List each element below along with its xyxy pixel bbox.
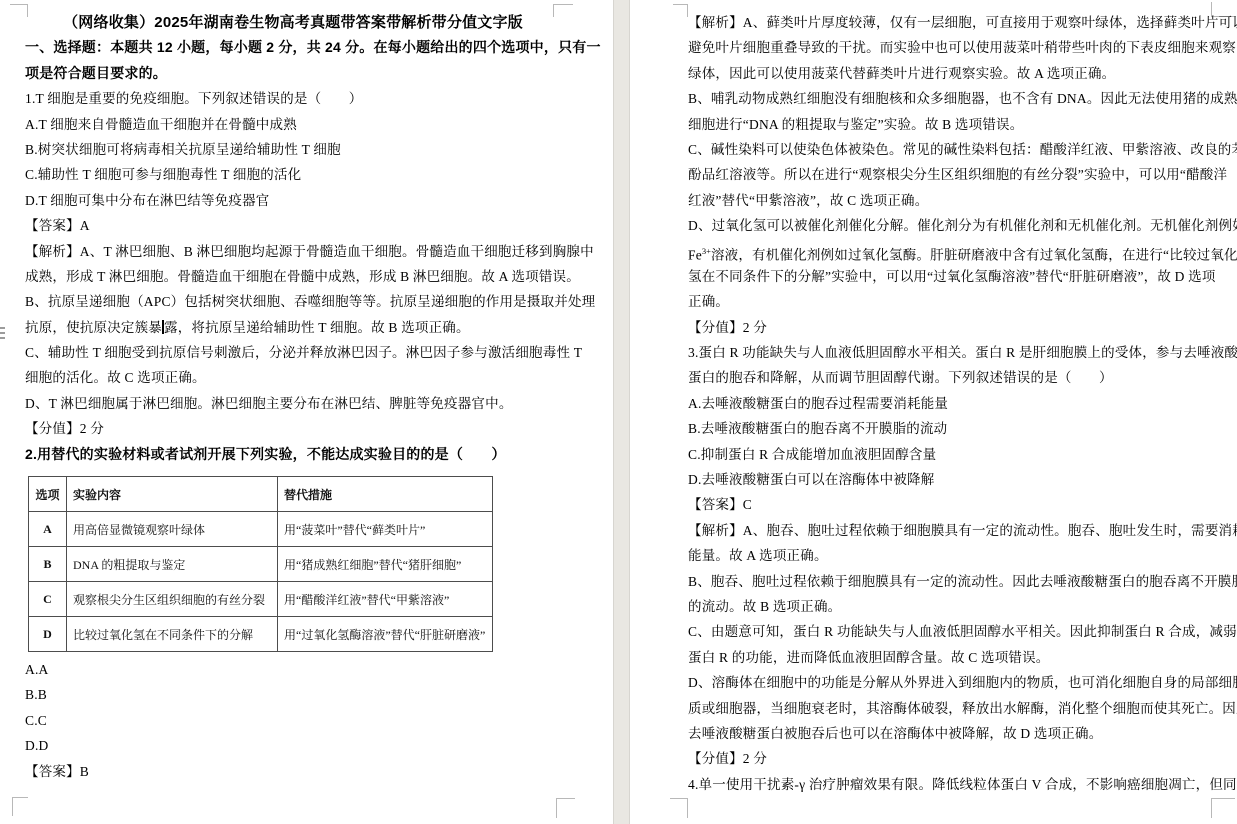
section-header: 项是符合题目要求的。: [25, 61, 561, 86]
doc-title: （网络收集）2025年湖南卷生物高考真题带答案带解析带分值文字版: [25, 10, 561, 35]
question-2-score: 【分值】2 分: [688, 315, 1224, 340]
question-1-answer: 【答案】A: [25, 213, 561, 238]
margin-corner-mark: [670, 798, 688, 818]
question-3-analysis: D、溶酶体在细胞中的功能是分解从外界进入到细胞内的物质，也可消化细胞自身的局部细…: [688, 670, 1224, 695]
question-3-answer: 【答案】C: [688, 492, 1224, 517]
margin-corner-mark: [1211, 798, 1235, 818]
question-1-stem: 1.T 细胞是重要的免疫细胞。下列叙述错误的是（ ）: [25, 86, 561, 111]
margin-corner-mark: [673, 4, 688, 17]
text-segment: 露，将抗原呈递给辅助性 T 细胞。故 B 选项正确。: [164, 320, 470, 335]
question-2-option-c: C.C: [25, 708, 561, 733]
table-cell: C: [29, 582, 67, 617]
question-2-option-a: A.A: [25, 657, 561, 682]
table-cell: B: [29, 547, 67, 582]
table-row: BDNA 的粗提取与鉴定用“猪成熟红细胞”替代“猪肝细胞”: [29, 547, 493, 582]
question-3-analysis: B、胞吞、胞吐过程依赖于细胞膜具有一定的流动性。因此去唾液酸糖蛋白的胞吞离不开膜…: [688, 569, 1224, 594]
question-2-option-d: D.D: [25, 733, 561, 758]
question-2-analysis: 避免叶片细胞重叠导致的干扰。而实验中也可以使用菠菜叶稍带些叶肉的下表皮细胞来观察…: [688, 35, 1224, 60]
question-3-analysis: 质或细胞器，当细胞衰老时，其溶酶体破裂，释放出水解酶，消化整个细胞而使其死亡。因…: [688, 696, 1224, 721]
superscript-text: 3+: [702, 246, 711, 256]
question-2-answer: 【答案】B: [25, 759, 561, 784]
table-cell: 用高倍显微镜观察叶绿体: [67, 512, 278, 547]
text-segment: Fe: [688, 247, 702, 262]
question-2-analysis: 正确。: [688, 289, 1224, 314]
question-2-analysis: 酚品红溶液等。所以在进行“观察根尖分生区组织细胞的有丝分裂”实验中，可以用“醋酸…: [688, 162, 1224, 187]
table-header-cell: 替代措施: [278, 477, 493, 512]
table-cell: D: [29, 617, 67, 652]
question-3-score: 【分值】2 分: [688, 746, 1224, 771]
question-2-option-b: B.B: [25, 682, 561, 707]
table-cell: A: [29, 512, 67, 547]
text-segment: 溶液，有机催化剂例如过氧化氢酶。肝脏研磨液中含有过氧化氢酶，在进行“比较过氧化: [711, 247, 1237, 262]
question-3-analysis: 去唾液酸糖蛋白被胞吞后也可以在溶酶体中被降解，故 D 选项正确。: [688, 721, 1224, 746]
page-2[interactable]: 【解析】A、藓类叶片厚度较薄，仅有一层细胞，可直接用于观察叶绿体，选择藓类叶片可…: [630, 0, 1237, 824]
table-cell: DNA 的粗提取与鉴定: [67, 547, 278, 582]
table-cell: 用“醋酸洋红液”替代“甲紫溶液”: [278, 582, 493, 617]
table-header-row: 选项实验内容替代措施: [29, 477, 493, 512]
question-1-analysis: D、T 淋巴细胞属于淋巴细胞。淋巴细胞主要分布在淋巴结、脾脏等免疫器官中。: [25, 391, 561, 416]
question-3-option-c: C.抑制蛋白 R 合成能增加血液胆固醇含量: [688, 442, 1224, 467]
question-1-option-b: B.树突状细胞可将病毒相关抗原呈递给辅助性 T 细胞: [25, 137, 561, 162]
margin-corner-mark: [12, 797, 28, 816]
text-segment: 抗原，使抗原决定簇暴: [25, 320, 162, 335]
section-header: 一、选择题：本题共 12 小题，每小题 2 分，共 24 分。在每小题给出的四个…: [25, 35, 561, 60]
question-3-analysis: 的流动。故 B 选项正确。: [688, 594, 1224, 619]
question-3-analysis: 蛋白 R 的功能，进而降低血液胆固醇含量。故 C 选项错误。: [688, 645, 1224, 670]
question-3-option-d: D.去唾液酸糖蛋白可以在溶酶体中被降解: [688, 467, 1224, 492]
experiment-table: 选项实验内容替代措施A用高倍显微镜观察叶绿体用“菠菜叶”替代“藓类叶片”BDNA…: [28, 476, 493, 652]
page-2-content: 【解析】A、藓类叶片厚度较薄，仅有一层细胞，可直接用于观察叶绿体，选择藓类叶片可…: [688, 10, 1224, 797]
question-2-stem: 2.用替代的实验材料或者试剂开展下列实验，不能达成实验目的的是（ ）: [25, 442, 561, 467]
page-1-content: （网络收集）2025年湖南卷生物高考真题带答案带解析带分值文字版一、选择题：本题…: [25, 10, 561, 784]
question-1-option-a: A.T 细胞来自骨髓造血干细胞并在骨髓中成熟: [25, 112, 561, 137]
page-gap: [613, 0, 630, 824]
question-2-analysis: 红液”替代“甲紫溶液”，故 C 选项正确。: [688, 188, 1224, 213]
question-2-analysis: Fe3+溶液，有机催化剂例如过氧化氢酶。肝脏研磨液中含有过氧化氢酶，在进行“比较…: [688, 239, 1224, 264]
left-edge-marks: [0, 327, 5, 340]
question-1-analysis: 成熟，形成 T 淋巴细胞。骨髓造血干细胞在骨髓中成熟，形成 B 淋巴细胞。故 A…: [25, 264, 561, 289]
question-1-option-d: D.T 细胞可集中分布在淋巴结等免疫器官: [25, 188, 561, 213]
question-1-score: 【分值】2 分: [25, 416, 561, 441]
question-2-analysis: 氢在不同条件下的分解”实验中，可以用“过氧化氢酶溶液”替代“肝脏研磨液”，故 D…: [688, 264, 1224, 289]
question-1-option-c: C.辅助性 T 细胞可参与细胞毒性 T 细胞的活化: [25, 162, 561, 187]
question-3-analysis: 【解析】A、胞吞、胞吐过程依赖于细胞膜具有一定的流动性。胞吞、胞吐发生时，需要消…: [688, 518, 1224, 543]
table-header-cell: 选项: [29, 477, 67, 512]
question-1-analysis: 抗原，使抗原决定簇暴露，将抗原呈递给辅助性 T 细胞。故 B 选项正确。: [25, 315, 561, 340]
question-2-analysis: C、碱性染料可以使染色体被染色。常见的碱性染料包括：醋酸洋红液、甲紫溶液、改良的…: [688, 137, 1224, 162]
question-1-analysis: B、抗原呈递细胞（APC）包括树突状细胞、吞噬细胞等等。抗原呈递细胞的作用是摄取…: [25, 289, 561, 314]
question-2-analysis: D、过氧化氢可以被催化剂催化分解。催化剂分为有机催化剂和无机催化剂。无机催化剂例…: [688, 213, 1224, 238]
question-3-stem: 3.蛋白 R 功能缺失与人血液低胆固醇水平相关。蛋白 R 是肝细胞膜上的受体，参…: [688, 340, 1224, 365]
page-1-options-block: A.AB.BC.CD.D【答案】B: [25, 657, 561, 784]
question-3-stem: 蛋白的胞吞和降解，从而调节胆固醇代谢。下列叙述错误的是（ ）: [688, 365, 1224, 390]
table-cell: 比较过氧化氢在不同条件下的分解: [67, 617, 278, 652]
table-cell: 用“猪成熟红细胞”替代“猪肝细胞”: [278, 547, 493, 582]
question-1-analysis: 细胞的活化。故 C 选项正确。: [25, 365, 561, 390]
margin-corner-mark: [556, 798, 575, 818]
question-4-stem: 4.单一使用干扰素-γ 治疗肿瘤效果有限。降低线粒体蛋白 V 合成，不影响癌细胞…: [688, 772, 1224, 797]
question-3-analysis: 能量。故 A 选项正确。: [688, 543, 1224, 568]
question-2-analysis: 细胞进行“DNA 的粗提取与鉴定”实验。故 B 选项错误。: [688, 112, 1224, 137]
page-2-text-block: 【解析】A、藓类叶片厚度较薄，仅有一层细胞，可直接用于观察叶绿体，选择藓类叶片可…: [688, 10, 1224, 797]
question-3-analysis: C、由题意可知，蛋白 R 功能缺失与人血液低胆固醇水平相关。因此抑制蛋白 R 合…: [688, 619, 1224, 644]
page-1-text-block: （网络收集）2025年湖南卷生物高考真题带答案带解析带分值文字版一、选择题：本题…: [25, 10, 561, 467]
table-row: C观察根尖分生区组织细胞的有丝分裂用“醋酸洋红液”替代“甲紫溶液”: [29, 582, 493, 617]
table-row: D比较过氧化氢在不同条件下的分解用“过氧化氢酶溶液”替代“肝脏研磨液”: [29, 617, 493, 652]
table-row: A用高倍显微镜观察叶绿体用“菠菜叶”替代“藓类叶片”: [29, 512, 493, 547]
question-2-analysis: 绿体，因此可以使用菠菜代替藓类叶片进行观察实验。故 A 选项正确。: [688, 61, 1224, 86]
question-1-analysis: C、辅助性 T 细胞受到抗原信号刺激后，分泌并释放淋巴因子。淋巴因子参与激活细胞…: [25, 340, 561, 365]
question-1-analysis: 【解析】A、T 淋巴细胞、B 淋巴细胞均起源于骨髓造血干细胞。骨髓造血干细胞迁移…: [25, 239, 561, 264]
question-3-option-b: B.去唾液酸糖蛋白的胞吞离不开膜脂的流动: [688, 416, 1224, 441]
question-2-analysis: B、哺乳动物成熟红细胞没有细胞核和众多细胞器，也不含有 DNA。因此无法使用猪的…: [688, 86, 1224, 111]
question-3-option-a: A.去唾液酸糖蛋白的胞吞过程需要消耗能量: [688, 391, 1224, 416]
table-header-cell: 实验内容: [67, 477, 278, 512]
page-1[interactable]: （网络收集）2025年湖南卷生物高考真题带答案带解析带分值文字版一、选择题：本题…: [0, 0, 613, 824]
question-2-analysis: 【解析】A、藓类叶片厚度较薄，仅有一层细胞，可直接用于观察叶绿体，选择藓类叶片可…: [688, 10, 1224, 35]
table-cell: 用“菠菜叶”替代“藓类叶片”: [278, 512, 493, 547]
table-cell: 观察根尖分生区组织细胞的有丝分裂: [67, 582, 278, 617]
table-cell: 用“过氧化氢酶溶液”替代“肝脏研磨液”: [278, 617, 493, 652]
document-view: （网络收集）2025年湖南卷生物高考真题带答案带解析带分值文字版一、选择题：本题…: [0, 0, 1237, 824]
